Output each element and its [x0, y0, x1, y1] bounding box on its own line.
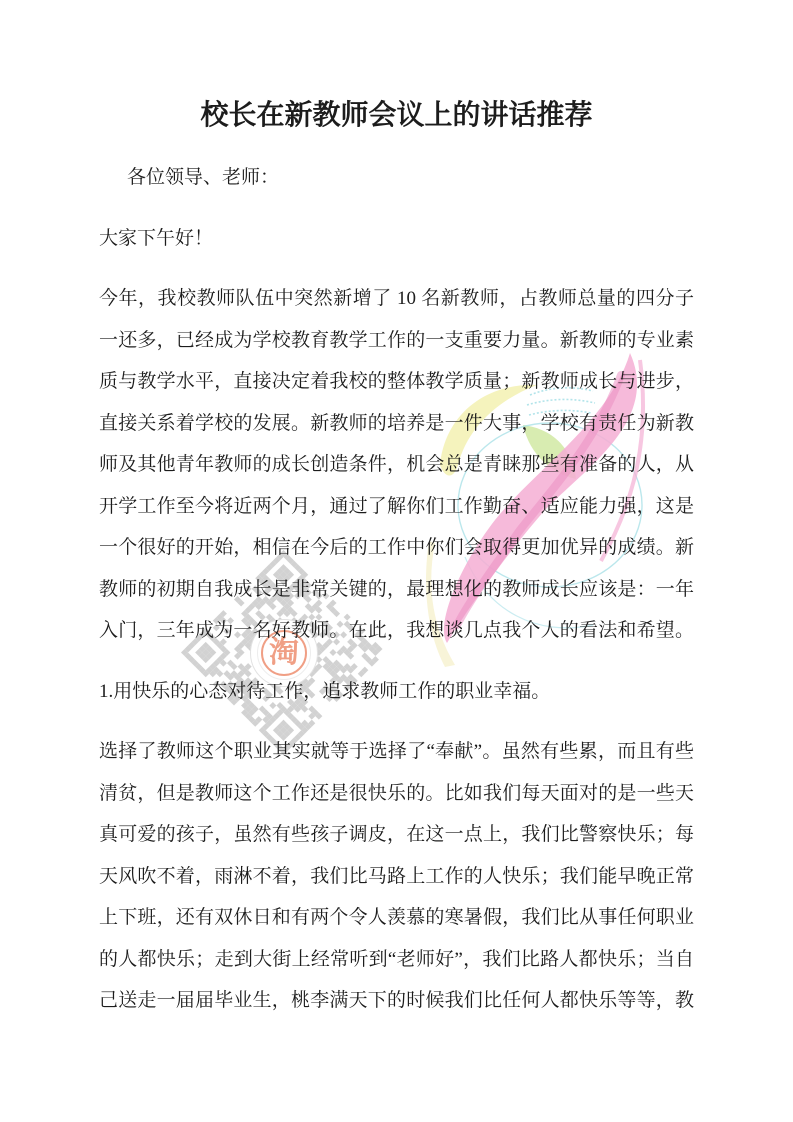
paragraph-block-1: 今年，我校教师队伍中突然新增了 10 名新教师，占教师总量的四分子一还多，已经成…	[99, 278, 694, 652]
document-page: 淘 校长在新教师会议上的讲话推荐 各位领导、老师： 大家下午好！ 今年，我校教师…	[0, 0, 793, 1122]
text-line: 今年，我校教师队伍中突然新增了 10 名新教师，占教师总量的四分子	[99, 278, 694, 320]
text-line: 质与教学水平，直接决定着我校的整体教学质量；新教师成长与进步，	[99, 361, 694, 403]
text-line: 己送走一届届毕业生，桃李满天下的时候我们比任何人都快乐等等，教	[99, 980, 694, 1022]
salutation-line: 各位领导、老师：	[99, 157, 694, 199]
page-content: 校长在新教师会议上的讲话推荐 各位领导、老师： 大家下午好！ 今年，我校教师队伍…	[0, 0, 793, 1122]
text-line: 一个很好的开始，相信在今后的工作中你们会取得更加优异的成绩。新	[99, 527, 694, 569]
text-line: 开学工作至今将近两个月，通过了解你们工作勤奋、适应能力强，这是	[99, 486, 694, 528]
text-line: 天风吹不着，雨淋不着，我们比马路上工作的人快乐；我们能早晚正常	[99, 856, 694, 898]
text-line: 的人都快乐；走到大街上经常听到“老师好”，我们比路人都快乐；当自	[99, 939, 694, 981]
text-line: 入门，三年成为一名好教师。在此，我想谈几点我个人的看法和希望。	[99, 610, 694, 652]
text-line: 上下班，还有双休日和有两个令人羡慕的寒暑假，我们比从事任何职业	[99, 897, 694, 939]
paragraph-block-2: 选择了教师这个职业其实就等于选择了“奉献”。虽然有些累，而且有些清贫，但是教师这…	[99, 731, 694, 1022]
text-line: 清贫，但是教师这个工作还是很快乐的。比如我们每天面对的是一些天	[99, 773, 694, 815]
greeting-line: 大家下午好！	[99, 218, 694, 260]
section-heading-1: 1.用快乐的心态对待工作，追求教师工作的职业幸福。	[99, 671, 694, 713]
document-title: 校长在新教师会议上的讲话推荐	[99, 93, 694, 139]
text-line: 选择了教师这个职业其实就等于选择了“奉献”。虽然有些累，而且有些	[99, 731, 694, 773]
text-line: 师及其他青年教师的成长创造条件，机会总是青睐那些有准备的人，从	[99, 444, 694, 486]
text-line: 教师的初期自我成长是非常关键的，最理想化的教师成长应该是：一年	[99, 569, 694, 611]
text-line: 真可爱的孩子，虽然有些孩子调皮，在这一点上，我们比警察快乐；每	[99, 814, 694, 856]
text-line: 一还多，已经成为学校教育教学工作的一支重要力量。新教师的专业素	[99, 320, 694, 362]
text-line: 直接关系着学校的发展。新教师的培养是一件大事，学校有责任为新教	[99, 403, 694, 445]
